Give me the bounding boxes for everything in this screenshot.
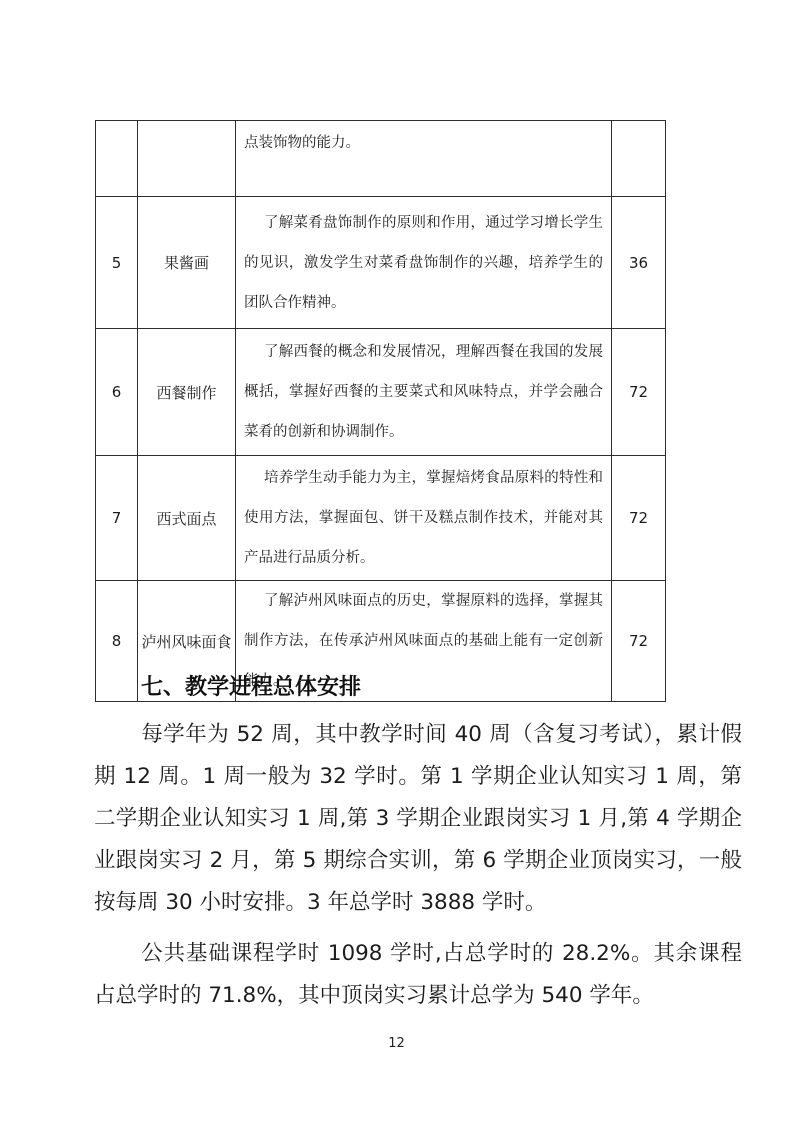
paragraph-schedule-overview: 每学年为 52 周，其中教学时间 40 周（含复习考试），累计假期 12 周。1… — [94, 714, 742, 924]
course-description: 了解菜肴盘饰制作的原则和作用，通过学习增长学生的见识，激发学生对菜肴盘饰制作的兴… — [236, 197, 612, 329]
course-number: 5 — [96, 197, 138, 329]
table-row: 点装饰物的能力。 — [96, 121, 666, 197]
course-hours: 72 — [612, 329, 666, 456]
course-description: 培养学生动手能力为主，掌握焙烤食品原料的特性和使用方法，掌握面包、饼干及糕点制作… — [236, 456, 612, 581]
course-number — [96, 121, 138, 197]
course-table: 点装饰物的能力。 5 果酱画 了解菜肴盘饰制作的原则和作用，通过学习增长学生的见… — [95, 120, 666, 702]
page-number: 12 — [0, 1036, 793, 1051]
course-name: 果酱画 — [138, 197, 236, 329]
course-hours: 72 — [612, 456, 666, 581]
course-description: 了解西餐的概念和发展情况，理解西餐在我国的发展概括，掌握好西餐的主要菜式和风味特… — [236, 329, 612, 456]
table-row: 7 西式面点 培养学生动手能力为主，掌握焙烤食品原料的特性和使用方法，掌握面包、… — [96, 456, 666, 581]
course-name: 西式面点 — [138, 456, 236, 581]
course-description: 点装饰物的能力。 — [236, 121, 612, 197]
course-number: 7 — [96, 456, 138, 581]
section-teaching-schedule: 七、教学进程总体安排 每学年为 52 周，其中教学时间 40 周（含复习考试），… — [94, 671, 742, 1017]
course-hours — [612, 121, 666, 197]
table-row: 6 西餐制作 了解西餐的概念和发展情况，理解西餐在我国的发展概括，掌握好西餐的主… — [96, 329, 666, 456]
table-row: 5 果酱画 了解菜肴盘饰制作的原则和作用，通过学习增长学生的见识，激发学生对菜肴… — [96, 197, 666, 329]
course-number: 6 — [96, 329, 138, 456]
course-hours: 36 — [612, 197, 666, 329]
document-page: 点装饰物的能力。 5 果酱画 了解菜肴盘饰制作的原则和作用，通过学习增长学生的见… — [0, 0, 793, 1122]
course-name — [138, 121, 236, 197]
paragraph-course-hours-ratio: 公共基础课程学时 1098 学时,占总学时的 28.2%。其余课程占总学时的 7… — [94, 933, 742, 1017]
course-name: 西餐制作 — [138, 329, 236, 456]
section-heading: 七、教学进程总体安排 — [141, 671, 742, 705]
